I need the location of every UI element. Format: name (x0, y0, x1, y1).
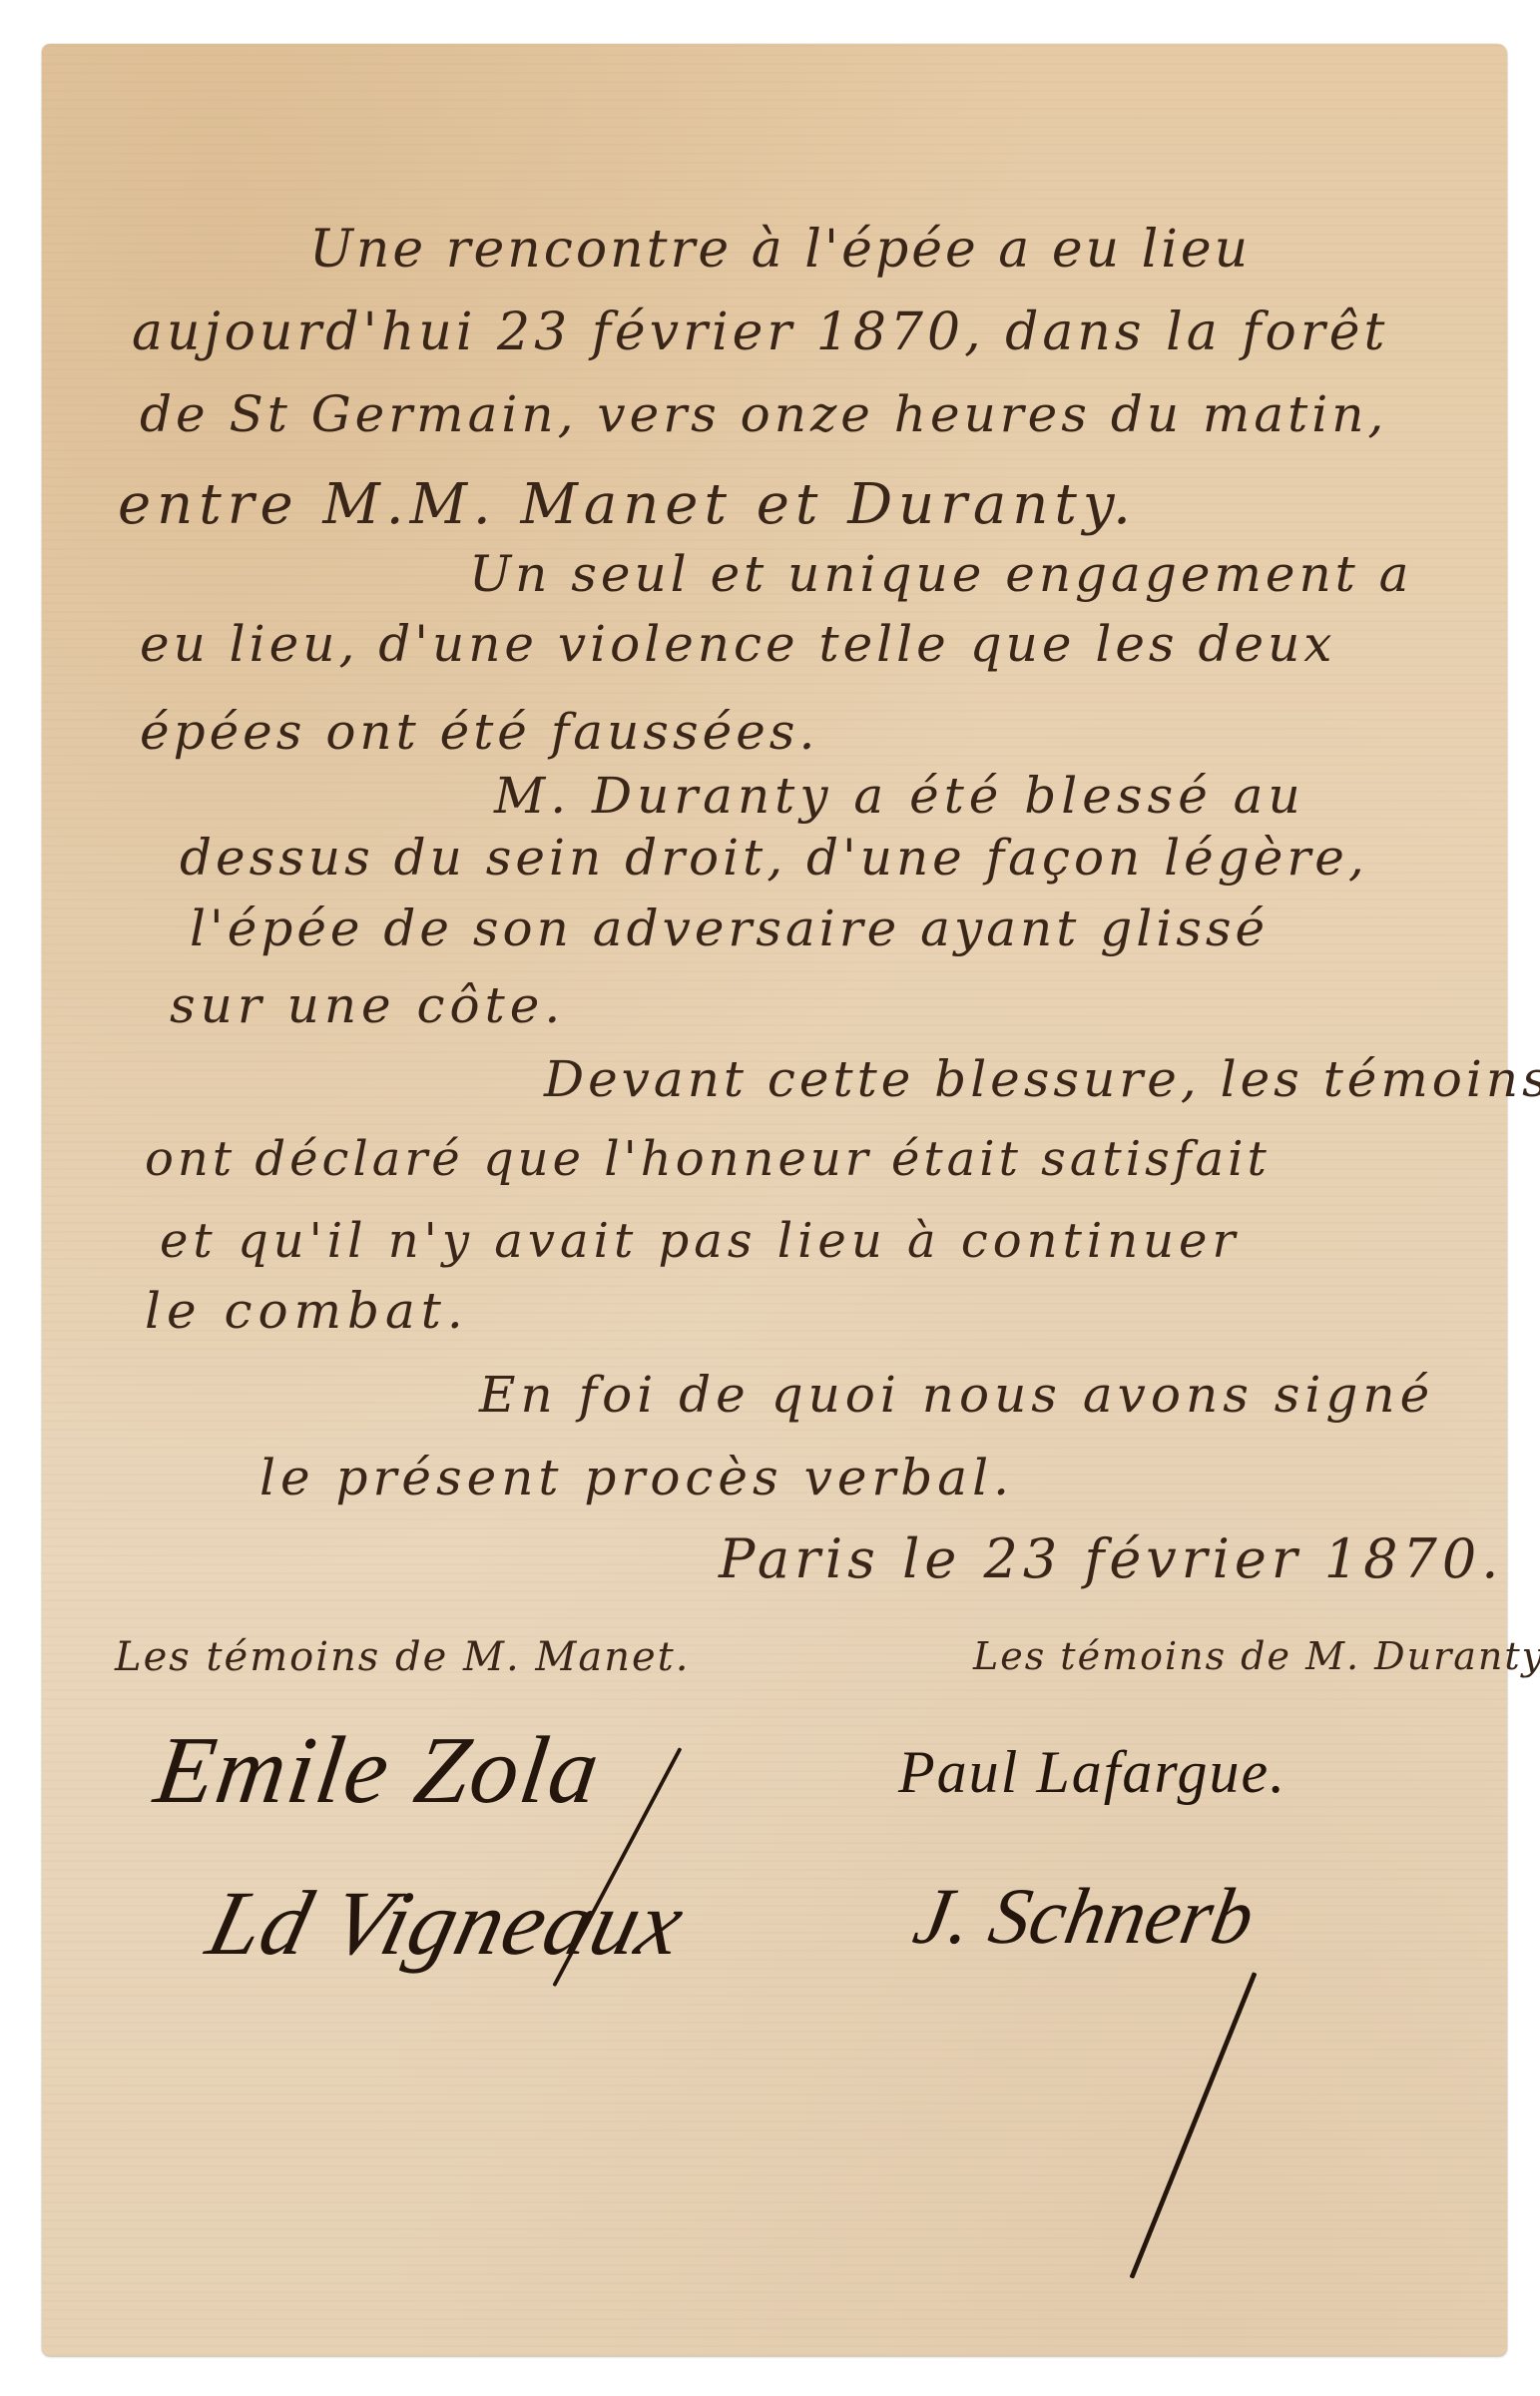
text-line-6: eu lieu, d'une violence telle que les de… (140, 619, 1335, 669)
text-line-8: M. Duranty a été blessé au (494, 771, 1305, 821)
text-line-9: dessus du sein droit, d'une façon légère… (180, 833, 1368, 883)
text-line-16: En foi de quoi nous avons signé (479, 1370, 1434, 1420)
text-line-4: entre M.M. Manet et Duranty. (118, 477, 1137, 533)
text-line-2: aujourd'hui 23 février 1870, dans la for… (132, 306, 1388, 358)
text-line-11: sur une côte. (170, 980, 565, 1030)
signature-paul-lafargue: Paul Lafargue. (898, 1742, 1286, 1802)
text-line-17: le présent procès verbal. (259, 1453, 1014, 1502)
text-line-5: Un seul et unique engagement a (469, 549, 1412, 599)
witnesses-manet-label: Les témoins de M. Manet. (115, 1637, 690, 1677)
text-line-10: l'épée de son adversaire ayant glissé (190, 903, 1269, 953)
text-line-12: Devant cette blessure, les témoins (544, 1054, 1540, 1104)
signature-emile-zola: Emile Zola (150, 1722, 606, 1818)
text-line-3: de St Germain, vers onze heures du matin… (140, 389, 1387, 439)
place-date: Paris le 23 février 1870. (719, 1532, 1503, 1586)
text-line-7: épées ont été faussées. (140, 707, 818, 757)
witnesses-duranty-label: Les témoins de M. Duranty. (973, 1637, 1540, 1675)
text-line-1: Une rencontre à l'épée a eu lieu (309, 224, 1251, 276)
text-line-13: ont déclaré que l'honneur était satisfai… (145, 1135, 1271, 1183)
text-line-15: le combat. (145, 1286, 469, 1336)
signature-vigneaux: Ld Vigneaux (200, 1877, 694, 1969)
signature-schnerb: J. Schnerb (908, 1877, 1260, 1957)
text-line-14: et qu'il n'y avait pas lieu à continuer (160, 1217, 1240, 1265)
